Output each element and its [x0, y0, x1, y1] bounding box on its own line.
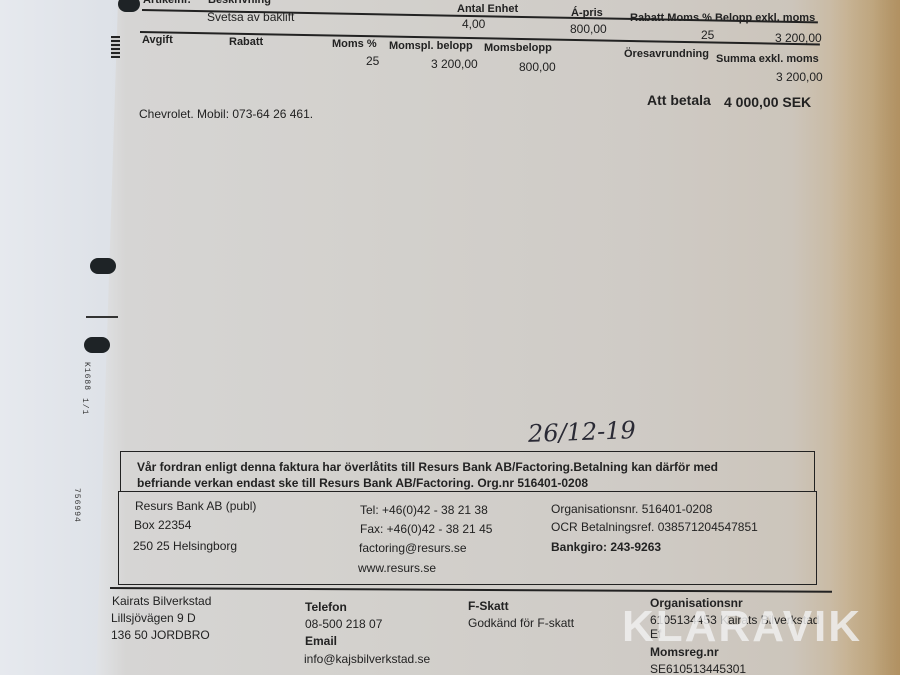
col-header-article: Artikelnr.: [143, 0, 191, 6]
factoring-address-1: Resurs Bank AB (publ): [135, 499, 256, 513]
binder-hole: [118, 0, 140, 12]
binder-hole: [84, 337, 110, 353]
margin-page: 1/1: [80, 398, 89, 415]
factoring-address-2: Box 22354: [134, 518, 191, 532]
summary-vat-percent: 25: [366, 54, 379, 68]
footer-postal: 136 50 JORDBRO: [111, 628, 210, 642]
summary-header-fee: Avgift: [142, 34, 173, 46]
summary-header-vat-amount: Momsbelopp: [484, 42, 552, 54]
handwritten-date: 26/12-19: [528, 416, 637, 448]
row-unit-price: 800,00: [570, 22, 607, 36]
footer-email-label: Email: [305, 634, 337, 648]
factoring-phone: Tel: +46(0)42 - 38 21 38: [360, 503, 488, 517]
summary-total-excl: 3 200,00: [776, 70, 823, 84]
to-pay-label: Att betala: [647, 92, 711, 108]
page-edge-shadow: [830, 0, 900, 675]
footer-street: Lillsjövägen 9 D: [111, 611, 196, 625]
factoring-email-link[interactable]: factoring@resurs.se: [359, 541, 467, 555]
col-header-quantity: Antal Enhet: [457, 3, 518, 15]
margin-mark: [86, 316, 118, 318]
factoring-org-nr: Organisationsnr. 516401-0208: [551, 502, 712, 516]
factoring-notice-line1: Vår fordran enligt denna faktura har öve…: [137, 460, 718, 474]
factoring-notice-line2: befriande verkan endast ske till Resurs …: [137, 476, 588, 490]
summary-header-total-excl: Summa exkl. moms: [716, 53, 819, 65]
row-quantity: 4,00: [462, 17, 485, 31]
to-pay-value: 4 000,00 SEK: [724, 94, 811, 110]
factoring-bankgiro: Bankgiro: 243-9263: [551, 540, 661, 554]
footer-vat-reg-value: SE610513445301: [650, 662, 746, 675]
factoring-address-3: 250 25 Helsingborg: [133, 539, 237, 553]
factoring-website-link[interactable]: www.resurs.se: [358, 561, 436, 575]
footer-fskatt-value: Godkänd för F-skatt: [468, 616, 574, 630]
footer-fskatt-label: F-Skatt: [468, 599, 509, 613]
margin-code-2: 756994: [72, 488, 81, 523]
footer-phone: 08-500 218 07: [305, 617, 382, 631]
binder-hole: [90, 258, 116, 274]
factoring-fax: Fax: +46(0)42 - 38 21 45: [360, 522, 492, 536]
watermark-logo: KLARAVIK: [622, 602, 862, 652]
col-header-description: Beskrivning: [208, 0, 271, 6]
factoring-ocr-ref: OCR Betalningsref. 038571204547851: [551, 520, 758, 534]
margin-code: K1688: [82, 362, 91, 391]
footer-divider: [110, 587, 832, 593]
summary-vat-base: 3 200,00: [431, 57, 478, 71]
summary-header-vat-base: Momspl. belopp: [389, 40, 473, 52]
footer-phone-label: Telefon: [305, 600, 347, 614]
summary-header-discount: Rabatt: [229, 36, 263, 48]
barcode-icon: [111, 36, 120, 58]
summary-header-rounding: Öresavrundning: [624, 48, 709, 60]
summary-vat-amount: 800,00: [519, 60, 556, 74]
row-vat-percent: 25: [701, 28, 714, 42]
invoice-note: Chevrolet. Mobil: 073-64 26 461.: [139, 107, 313, 121]
footer-company-name: Kairats Bilverkstad: [112, 594, 211, 608]
row-description: Svetsa av baklift: [207, 10, 294, 24]
footer-email-link[interactable]: info@kajsbilverkstad.se: [304, 652, 430, 666]
summary-header-vat-percent: Moms %: [332, 38, 377, 50]
